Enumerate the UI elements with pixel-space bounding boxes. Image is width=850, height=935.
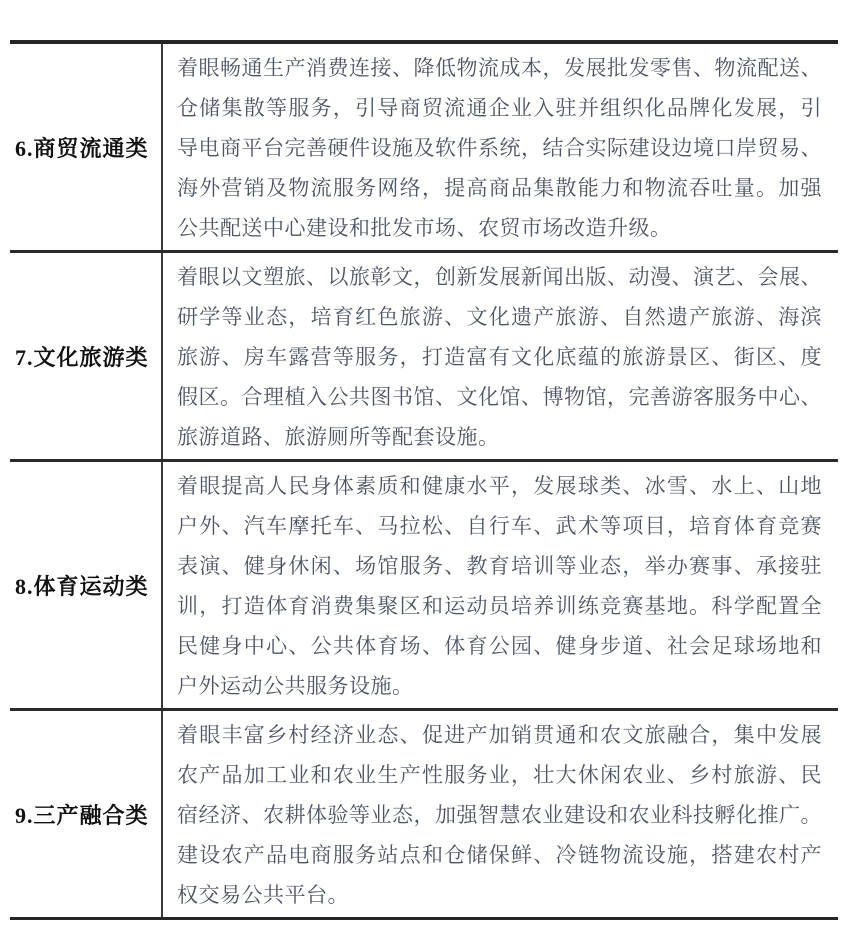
row-label-cell: 9.三产融合类 [10,711,163,917]
row-label-cell: 7.文化旅游类 [10,253,163,459]
row-label: 6.商贸流通类 [15,132,149,163]
row-content-cell: 着眼畅通生产消费连接、降低物流成本，发展批发零售、物流配送、 仓储集散等服务，引… [163,44,838,250]
table-row-sports: 8.体育运动类 着眼提高人民身体素质和健康水平，发展球类、冰雪、水上、山地 户外… [10,462,838,711]
row-label: 8.体育运动类 [15,570,149,601]
table-row-tertiary-integration: 9.三产融合类 着眼丰富乡村经济业态、促进产加销贯通和农文旅融合，集中发展 农产… [10,711,838,917]
document-page: 6.商贸流通类 着眼畅通生产消费连接、降低物流成本，发展批发零售、物流配送、 仓… [0,0,850,935]
content-line: 民健身中心、公共体育场、体育公园、健身步道、社会足球场地和 [177,626,822,666]
row-label: 7.文化旅游类 [15,341,149,372]
content-line: 仓储集散等服务，引导商贸流通企业入驻并组织化品牌化发展，引 [177,88,822,128]
content-line: 农产品加工业和农业生产性服务业，壮大休闲农业、乡村旅游、民 [177,755,822,795]
row-content-cell: 着眼提高人民身体素质和健康水平，发展球类、冰雪、水上、山地 户外、汽车摩托车、马… [163,462,838,708]
content-line: 公共配送中心建设和批发市场、农贸市场改造升级。 [177,208,822,248]
row-label: 9.三产融合类 [15,799,149,830]
row-label-cell: 6.商贸流通类 [10,44,163,250]
table-row-culture-tourism: 7.文化旅游类 着眼以文塑旅、以旅彰文，创新发展新闻出版、动漫、演艺、会展、 研… [10,253,838,462]
content-line: 导电商平台完善硬件设施及软件系统，结合实际建设边境口岸贸易、 [177,128,822,168]
content-line: 着眼提高人民身体素质和健康水平，发展球类、冰雪、水上、山地 [177,466,822,506]
content-line: 户外、汽车摩托车、马拉松、自行车、武术等项目，培育体育竞赛 [177,506,822,546]
content-line: 宿经济、农耕体验等业态，加强智慧农业建设和农业科技孵化推广。 [177,795,822,835]
content-line: 研学等业态，培育红色旅游、文化遗产旅游、自然遗产旅游、海滨 [177,297,822,337]
row-content-cell: 着眼以文塑旅、以旅彰文，创新发展新闻出版、动漫、演艺、会展、 研学等业态，培育红… [163,253,838,459]
content-line: 训，打造体育消费集聚区和运动员培养训练竞赛基地。科学配置全 [177,586,822,626]
table-row-trade-circulation: 6.商贸流通类 着眼畅通生产消费连接、降低物流成本，发展批发零售、物流配送、 仓… [10,44,838,253]
content-line: 权交易公共平台。 [177,875,822,915]
content-line: 假区。合理植入公共图书馆、文化馆、博物馆，完善游客服务中心、 [177,377,822,417]
content-line: 户外运动公共服务设施。 [177,666,822,706]
content-line: 着眼丰富乡村经济业态、促进产加销贯通和农文旅融合，集中发展 [177,715,822,755]
content-line: 着眼畅通生产消费连接、降低物流成本，发展批发零售、物流配送、 [177,48,822,88]
row-label-cell: 8.体育运动类 [10,462,163,708]
category-table: 6.商贸流通类 着眼畅通生产消费连接、降低物流成本，发展批发零售、物流配送、 仓… [10,40,838,920]
content-line: 表演、健身休闲、场馆服务、教育培训等业态，举办赛事、承接驻 [177,546,822,586]
content-line: 海外营销及物流服务网络，提高商品集散能力和物流吞吐量。加强 [177,168,822,208]
content-line: 建设农产品电商服务站点和仓储保鲜、冷链物流设施，搭建农村产 [177,835,822,875]
content-line: 旅游道路、旅游厕所等配套设施。 [177,417,822,457]
row-content-cell: 着眼丰富乡村经济业态、促进产加销贯通和农文旅融合，集中发展 农产品加工业和农业生… [163,711,838,917]
content-line: 着眼以文塑旅、以旅彰文，创新发展新闻出版、动漫、演艺、会展、 [177,257,822,297]
content-line: 旅游、房车露营等服务，打造富有文化底蕴的旅游景区、街区、度 [177,337,822,377]
